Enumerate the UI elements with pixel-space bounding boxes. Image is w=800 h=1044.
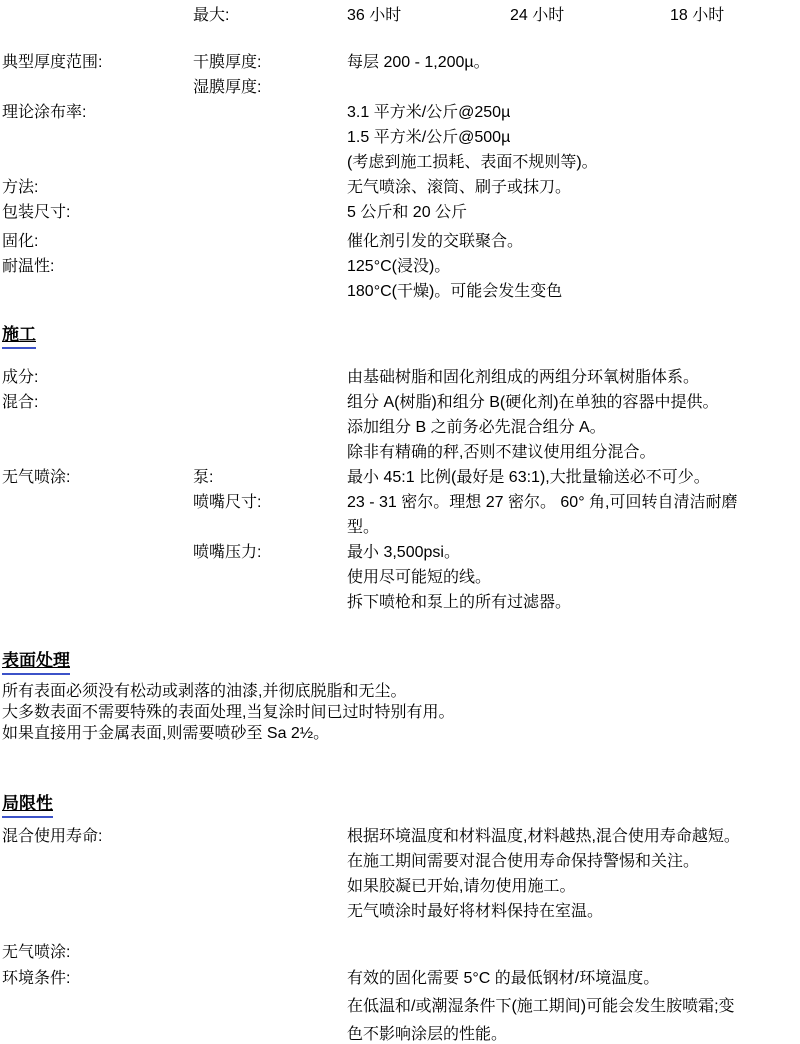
datasheet-page: 最大: 36 小时 24 小时 18 小时 典型厚度范围: 干膜厚度: 每层 2…: [0, 0, 800, 1044]
pot-life-line: 无气喷涂时最好将材料保持在室温。: [347, 899, 800, 924]
row-sublabel: 喷嘴压力:: [193, 540, 347, 565]
coverage-line: 1.5 平方米/公斤@500µ: [347, 125, 800, 150]
section-heading-application: 施工: [2, 324, 36, 349]
pot-life-line: 如果胶凝已开始,请勿使用施工。: [347, 874, 800, 899]
section-surface-heading-wrap: 表面处理: [2, 650, 800, 675]
value-hours-2: 24 小时: [510, 3, 670, 28]
row-pack-size: 包装尺寸: 5 公斤和 20 公斤: [2, 200, 800, 225]
row-label: 耐温性:: [2, 254, 193, 279]
row-label: 理论涂布率:: [2, 100, 193, 125]
nozzle-size-line: 23 - 31 密尔。理想 27 密尔。 60° 角,可回转自清洁耐磨: [347, 490, 800, 515]
section-limitations-heading-wrap: 局限性: [2, 793, 800, 818]
ambient-line: 色不影响涂层的性能。: [347, 1021, 800, 1044]
ambient-line: 在低温和/或潮湿条件下(施工期间)可能会发生胺喷霜;变: [347, 993, 800, 1021]
row-value: 5 公斤和 20 公斤: [347, 200, 800, 225]
row-label: 固化:: [2, 229, 193, 254]
row-temp-resistance: 耐温性: 125°C(浸没)。 180°C(干燥)。可能会发生变色: [2, 254, 800, 304]
temp-line: 125°C(浸没)。: [347, 254, 800, 279]
row-label: 混合使用寿命:: [2, 824, 347, 849]
row-sublabel: 湿膜厚度:: [193, 75, 347, 100]
value-hours-3: 18 小时: [670, 3, 724, 28]
surface-paragraph: 如果直接用于金属表面,则需要喷砂至 Sa 2½。: [2, 723, 800, 744]
surface-paragraphs: 所有表面必须没有松动或剥落的油漆,并彻底脱脂和无尘。 大多数表面不需要特殊的表面…: [2, 681, 800, 744]
row-label: 环境条件:: [2, 965, 347, 993]
row-value-lines: 根据环境温度和材料温度,材料越热,混合使用寿命越短。 在施工期间需要对混合使用寿…: [347, 824, 800, 924]
surface-paragraph: 大多数表面不需要特殊的表面处理,当复涂时间已过时特别有用。: [2, 702, 800, 723]
row-label: 无气喷涂:: [2, 940, 347, 965]
surface-paragraph: 所有表面必须没有松动或剥落的油漆,并彻底脱脂和无尘。: [2, 681, 800, 702]
pot-life-line: 根据环境温度和材料温度,材料越热,混合使用寿命越短。: [347, 824, 800, 849]
row-value: 无气喷涂、滚筒、刷子或抹刀。: [347, 175, 800, 200]
nozzle-pressure-line: 最小 3,500psi。: [347, 540, 800, 565]
row-thickness-dry: 典型厚度范围: 干膜厚度: 每层 200 - 1,200µ。: [2, 50, 800, 75]
section-application-heading-wrap: 施工: [2, 324, 800, 349]
row-airless-label: 无气喷涂:: [2, 940, 800, 965]
row-value: 每层 200 - 1,200µ。: [347, 50, 800, 75]
row-mixing: 混合: 组分 A(树脂)和组分 B(硬化剂)在单独的容器中提供。 添加组分 B …: [2, 390, 800, 465]
ambient-line: 有效的固化需要 5°C 的最低钢材/环境温度。: [347, 965, 800, 993]
row-coverage: 理论涂布率: 3.1 平方米/公斤@250µ 1.5 平方米/公斤@500µ (…: [2, 100, 800, 175]
row-sublabel: 干膜厚度:: [193, 50, 347, 75]
section-heading-limitations: 局限性: [2, 793, 53, 818]
mixing-line: 除非有精确的秤,否则不建议使用组分混合。: [347, 440, 800, 465]
row-nozzle-size: 喷嘴尺寸: 23 - 31 密尔。理想 27 密尔。 60° 角,可回转自清洁耐…: [2, 490, 800, 540]
row-label: 无气喷涂:: [2, 465, 193, 490]
pot-life-line: 在施工期间需要对混合使用寿命保持警惕和关注。: [347, 849, 800, 874]
row-label: 混合:: [2, 390, 193, 415]
row-value-lines: 最小 3,500psi。 使用尽可能短的线。 拆下喷枪和泵上的所有过滤器。: [347, 540, 800, 615]
row-value-lines: 组分 A(树脂)和组分 B(硬化剂)在单独的容器中提供。 添加组分 B 之前务必…: [347, 390, 800, 465]
row-value-lines: 23 - 31 密尔。理想 27 密尔。 60° 角,可回转自清洁耐磨 型。: [347, 490, 800, 540]
value-hours-1: 36 小时: [347, 3, 510, 28]
row-value: 由基础树脂和固化剂组成的两组分环氧树脂体系。: [347, 365, 800, 390]
row-method: 方法: 无气喷涂、滚筒、刷子或抹刀。: [2, 175, 800, 200]
row-sublabel: 最大:: [193, 3, 347, 28]
row-thickness-wet: 湿膜厚度:: [2, 75, 800, 100]
coverage-line: 3.1 平方米/公斤@250µ: [347, 100, 800, 125]
row-nozzle-pressure: 喷嘴压力: 最小 3,500psi。 使用尽可能短的线。 拆下喷枪和泵上的所有过…: [2, 540, 800, 615]
temp-line: 180°C(干燥)。可能会发生变色: [347, 279, 800, 304]
row-max-overcoat: 最大: 36 小时 24 小时 18 小时: [2, 3, 800, 28]
mixing-line: 添加组分 B 之前务必先混合组分 A。: [347, 415, 800, 440]
mixing-line: 组分 A(树脂)和组分 B(硬化剂)在单独的容器中提供。: [347, 390, 800, 415]
section-heading-surface: 表面处理: [2, 650, 70, 675]
row-sublabel: 泵:: [193, 465, 347, 490]
row-label: 包装尺寸:: [2, 200, 193, 225]
row-label: 方法:: [2, 175, 193, 200]
row-airless-pump: 无气喷涂: 泵: 最小 45:1 比例(最好是 63:1),大批量输送必不可少。: [2, 465, 800, 490]
nozzle-pressure-line: 使用尽可能短的线。: [347, 565, 800, 590]
row-value: 催化剂引发的交联聚合。: [347, 229, 800, 254]
row-values: 36 小时 24 小时 18 小时: [347, 3, 800, 28]
row-label: 成分:: [2, 365, 193, 390]
row-curing: 固化: 催化剂引发的交联聚合。: [2, 229, 800, 254]
row-value-lines: 有效的固化需要 5°C 的最低钢材/环境温度。 在低温和/或潮湿条件下(施工期间…: [347, 965, 800, 1044]
coverage-line: (考虑到施工损耗、表面不规则等)。: [347, 150, 800, 175]
row-sublabel: 喷嘴尺寸:: [193, 490, 347, 515]
nozzle-pressure-line: 拆下喷枪和泵上的所有过滤器。: [347, 590, 800, 615]
row-value-lines: 125°C(浸没)。 180°C(干燥)。可能会发生变色: [347, 254, 800, 304]
row-pot-life: 混合使用寿命: 根据环境温度和材料温度,材料越热,混合使用寿命越短。 在施工期间…: [2, 824, 800, 924]
row-ambient-conditions: 环境条件: 有效的固化需要 5°C 的最低钢材/环境温度。 在低温和/或潮湿条件…: [2, 965, 800, 1044]
row-composition: 成分: 由基础树脂和固化剂组成的两组分环氧树脂体系。: [2, 365, 800, 390]
nozzle-size-line: 型。: [347, 515, 800, 540]
row-value: 最小 45:1 比例(最好是 63:1),大批量输送必不可少。: [347, 465, 800, 490]
row-label: 典型厚度范围:: [2, 50, 193, 75]
row-value-lines: 3.1 平方米/公斤@250µ 1.5 平方米/公斤@500µ (考虑到施工损耗…: [347, 100, 800, 175]
